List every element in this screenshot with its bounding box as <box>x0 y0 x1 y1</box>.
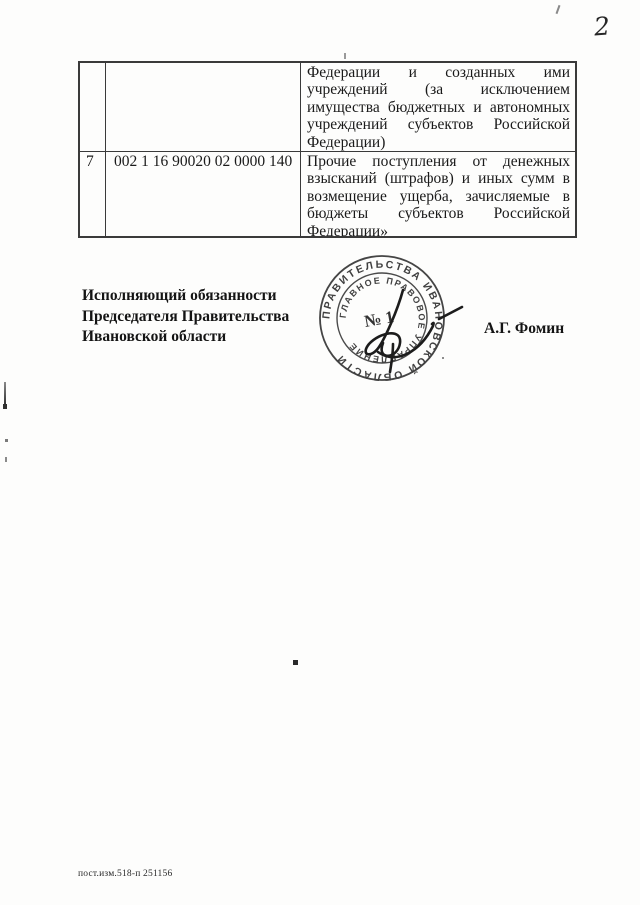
footer-note: пост.изм.518-п 251156 <box>78 869 172 879</box>
document-page: 2 Федерации и созданных ими учреждений (… <box>0 0 640 905</box>
table-row-2-num: 7 <box>80 152 106 236</box>
scan-artifact <box>3 404 7 409</box>
signature-title-line-3: Ивановской области <box>82 327 322 348</box>
signer-name: А.Г. Фомин <box>484 320 564 338</box>
scan-artifact <box>556 5 561 14</box>
stamp-seal: ПРАВИТЕЛЬСТВА ИВАНОВСКОЙ ОБЛАСТИ ГЛАВНОЕ… <box>310 248 454 388</box>
signature-title: Исполняющий обязанности Председателя Пра… <box>82 286 322 348</box>
scan-artifact <box>5 457 7 462</box>
scan-artifact <box>344 53 346 59</box>
table-row-1-description: Федерации и созданных ими учреждений (за… <box>301 63 575 152</box>
official-stamp: ПРАВИТЕЛЬСТВА ИВАНОВСКОЙ ОБЛАСТИ ГЛАВНОЕ… <box>306 248 476 388</box>
scan-artifact <box>4 382 6 406</box>
table-row-1-code <box>106 63 301 152</box>
table-row-2-description: Прочие поступления от денежных взысканий… <box>301 152 575 236</box>
page-number: 2 <box>593 11 611 41</box>
table-row-2-code: 002 1 16 90020 02 0000 140 <box>106 152 301 236</box>
scan-artifact <box>5 439 8 442</box>
scan-artifact <box>293 660 298 665</box>
budget-codes-table: Федерации и созданных ими учреждений (за… <box>78 61 577 238</box>
scan-artifact <box>442 357 444 359</box>
signature-title-line-2: Председателя Правительства <box>82 307 322 328</box>
table-row-1-num <box>80 63 106 152</box>
signature-title-line-1: Исполняющий обязанности <box>82 286 322 307</box>
